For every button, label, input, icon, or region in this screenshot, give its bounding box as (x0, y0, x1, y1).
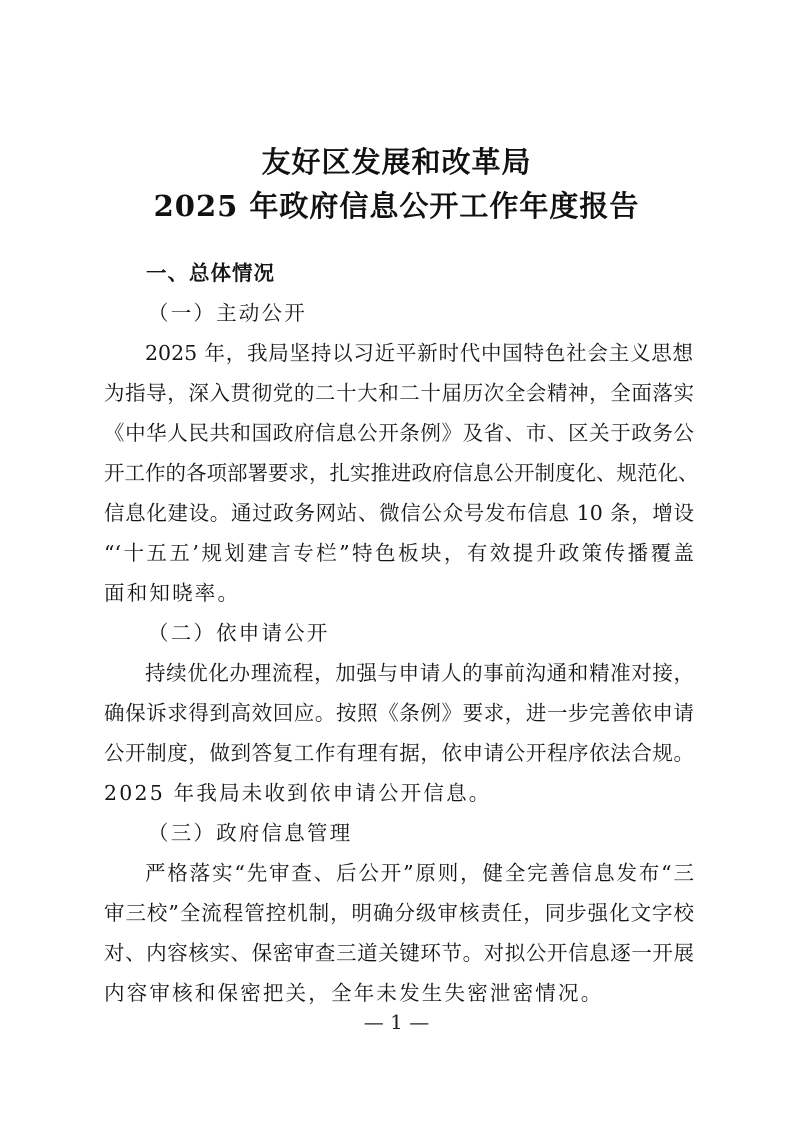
subsection-heading-on-request: （二）依申请公开 (148, 618, 738, 648)
subsection-heading-proactive: （一）主动公开 (148, 298, 738, 328)
paragraph-line: 持续优化办理流程，加强与申请人的事前沟通和精准对接， (145, 658, 694, 688)
document-title-line2: 2025 年政府信息公开工作年度报告 (0, 184, 793, 225)
paragraph-line: 审三校”全流程管控机制，明确分级审核责任，同步强化文字校 (104, 898, 694, 928)
paragraph-line: 面和知晓率。 (104, 578, 694, 608)
document-page: 友好区发展和改革局 2025 年政府信息公开工作年度报告 一、总体情况 （一）主… (0, 0, 793, 1122)
paragraph-line: 信息化建设。通过政务网站、微信公众号发布信息 10 条，增设 (104, 498, 694, 528)
subsection-heading-info-management: （三）政府信息管理 (148, 818, 738, 848)
document-title-line1: 友好区发展和改革局 (0, 140, 793, 181)
paragraph-line: 公开制度，做到答复工作有理有据，依申请公开程序依法合规。 (104, 738, 694, 768)
paragraph-line: 严格落实“先审查、后公开”原则，健全完善信息发布“三 (145, 858, 694, 888)
paragraph-line: 《中华人民共和国政府信息公开条例》及省、市、区关于政务公 (104, 418, 694, 448)
page-number: — 1 — (0, 1010, 793, 1034)
paragraph-line: 2025 年我局未收到依申请公开信息。 (104, 778, 694, 808)
section-heading-overview: 一、总体情况 (146, 258, 736, 288)
paragraph-line: 为指导，深入贯彻党的二十大和二十届历次全会精神，全面落实 (104, 378, 694, 408)
paragraph-line: 内容审核和保密把关，全年未发生失密泄密情况。 (104, 978, 694, 1008)
paragraph-line: “‘十五五’规划建言专栏”特色板块，有效提升政策传播覆盖 (104, 538, 694, 568)
paragraph-line: 开工作的各项部署要求，扎实推进政府信息公开制度化、规范化、 (104, 458, 694, 488)
paragraph-line: 2025 年，我局坚持以习近平新时代中国特色社会主义思想 (145, 338, 693, 368)
paragraph-line: 确保诉求得到高效回应。按照《条例》要求，进一步完善依申请 (104, 698, 694, 728)
paragraph-line: 对、内容核实、保密审查三道关键环节。对拟公开信息逐一开展 (104, 938, 694, 968)
